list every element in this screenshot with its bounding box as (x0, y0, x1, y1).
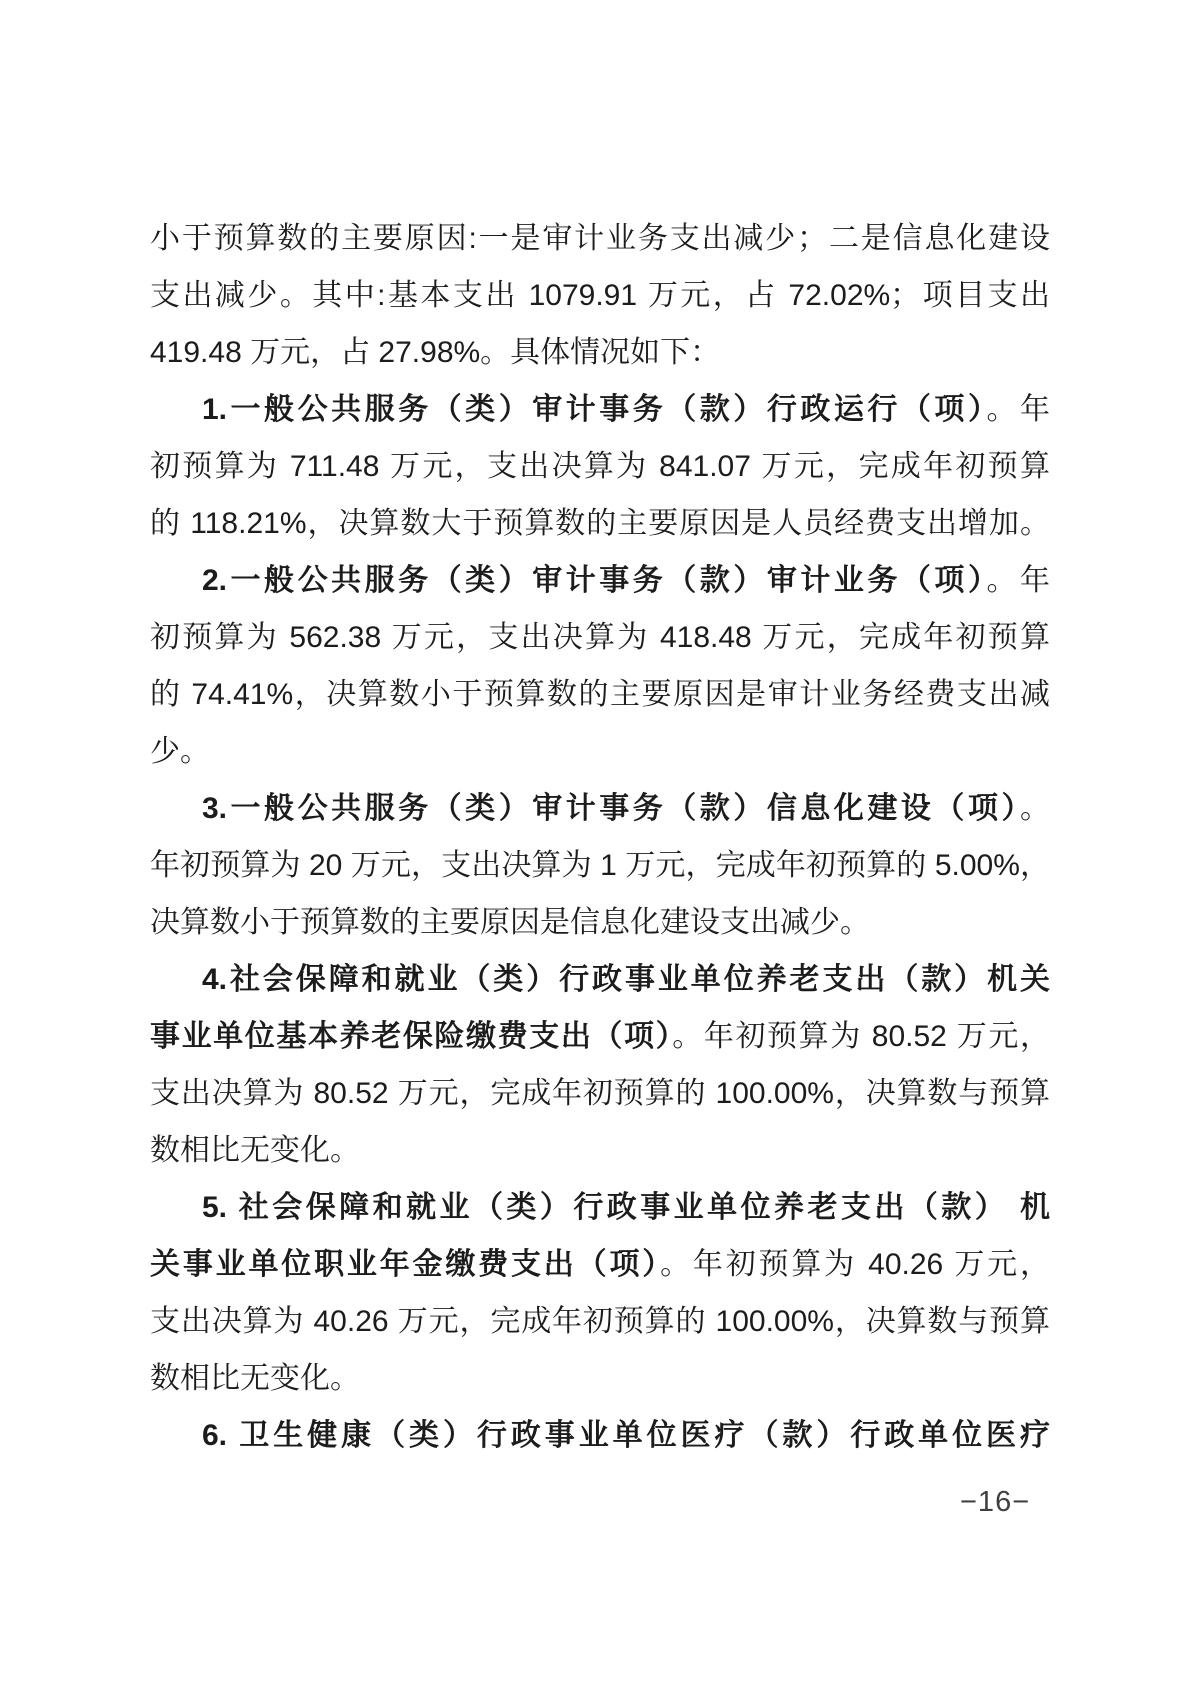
heading-run: 2.一般公共服务（类）审计事务（款）审计业务（项） (202, 564, 986, 597)
body-run: 少。 (150, 735, 210, 768)
heading-run: 1.一般公共服务（类）审计事务（款）行政运行（项） (202, 393, 986, 426)
text-line-item-3: 3.一般公共服务（类）审计事务（款）信息化建设（项）。 (150, 780, 1050, 837)
text-line-item-6: 6. 卫生健康（类）行政事业单位医疗（款）行政单位医疗 (150, 1407, 1050, 1464)
text-line: 决算数小于预算数的主要原因是信息化建设支出减少。 (150, 894, 1050, 951)
text-line: 支出决算为 80.52 万元，完成年初预算的 100.00%，决算数与预算 (150, 1065, 1050, 1122)
body-run: 419.48 万元，占 27.98%。具体情况如下： (150, 336, 720, 369)
heading-run: 3.一般公共服务（类）审计事务（款）信息化建设（项） (202, 792, 1020, 825)
body-run: 决算数小于预算数的主要原因是信息化建设支出减少。 (150, 906, 870, 939)
body-run: 数相比无变化。 (150, 1362, 360, 1395)
document-text-block: 小于预算数的主要原因:一是审计业务支出减少；二是信息化建设 支出减少。其中:基本… (150, 210, 1050, 1464)
text-line-item-4: 4.社会保障和就业（类）行政事业单位养老支出（款）机关 (150, 951, 1050, 1008)
text-line: 年初预算为 20 万元，支出决算为 1 万元，完成年初预算的 5.00%， (150, 837, 1050, 894)
text-line: 支出决算为 40.26 万元，完成年初预算的 100.00%，决算数与预算 (150, 1293, 1050, 1350)
text-line: 数相比无变化。 (150, 1122, 1050, 1179)
text-line: 初预算为 562.38 万元，支出决算为 418.48 万元，完成年初预算 (150, 609, 1050, 666)
body-run: 初预算为 711.48 万元，支出决算为 841.07 万元，完成年初预算 (150, 450, 1050, 483)
text-line: 数相比无变化。 (150, 1350, 1050, 1407)
body-run: 数相比无变化。 (150, 1134, 360, 1167)
body-run: 。年 (986, 393, 1050, 426)
body-run: 初预算为 562.38 万元，支出决算为 418.48 万元，完成年初预算 (150, 621, 1050, 654)
body-run: 支出决算为 40.26 万元，完成年初预算的 100.00%，决算数与预算 (150, 1305, 1050, 1338)
body-run: 的 74.41%，决算数小于预算数的主要原因是审计业务经费支出减 (150, 678, 1050, 711)
document-page: 小于预算数的主要原因:一是审计业务支出减少；二是信息化建设 支出减少。其中:基本… (0, 0, 1190, 1683)
body-run: 小于预算数的主要原因:一是审计业务支出减少；二是信息化建设 (150, 222, 1050, 255)
body-run: 的 118.21%，决算数大于预算数的主要原因是人员经费支出增加。 (150, 507, 1050, 540)
heading-run: 4.社会保障和就业（类）行政事业单位养老支出（款）机关 (202, 963, 1050, 996)
body-run: 年初预算为 20 万元，支出决算为 1 万元，完成年初预算的 5.00%， (150, 849, 1050, 882)
body-run: 支出减少。其中:基本支出 1079.91 万元，占 72.02%；项目支出 (150, 279, 1050, 312)
text-line: 的 74.41%，决算数小于预算数的主要原因是审计业务经费支出减 (150, 666, 1050, 723)
text-line-item-2: 2.一般公共服务（类）审计事务（款）审计业务（项）。年 (150, 552, 1050, 609)
text-line-item-1: 1.一般公共服务（类）审计事务（款）行政运行（项）。年 (150, 381, 1050, 438)
text-line: 支出减少。其中:基本支出 1079.91 万元，占 72.02%；项目支出 (150, 267, 1050, 324)
body-run: 。年初预算为 80.52 万元， (672, 1020, 1050, 1053)
heading-run: 关事业单位职业年金缴费支出（项） (150, 1248, 660, 1281)
body-run: 支出决算为 80.52 万元，完成年初预算的 100.00%，决算数与预算 (150, 1077, 1050, 1110)
text-line: 关事业单位职业年金缴费支出（项）。年初预算为 40.26 万元， (150, 1236, 1050, 1293)
heading-run: 事业单位基本养老保险缴费支出（项） (150, 1020, 672, 1053)
text-line: 少。 (150, 723, 1050, 780)
text-line-item-5: 5. 社会保障和就业（类）行政事业单位养老支出（款） 机 (150, 1179, 1050, 1236)
heading-run: 5. 社会保障和就业（类）行政事业单位养老支出（款） 机 (202, 1191, 1050, 1224)
text-line: 419.48 万元，占 27.98%。具体情况如下： (150, 324, 1050, 381)
body-run: 。 (1020, 792, 1050, 825)
text-line: 初预算为 711.48 万元，支出决算为 841.07 万元，完成年初预算 (150, 438, 1050, 495)
text-line: 事业单位基本养老保险缴费支出（项）。年初预算为 80.52 万元， (150, 1008, 1050, 1065)
text-line: 的 118.21%，决算数大于预算数的主要原因是人员经费支出增加。 (150, 495, 1050, 552)
heading-run: 6. 卫生健康（类）行政事业单位医疗（款）行政单位医疗 (202, 1419, 1050, 1452)
body-run: 。年 (986, 564, 1050, 597)
text-line: 小于预算数的主要原因:一是审计业务支出减少；二是信息化建设 (150, 210, 1050, 267)
body-run: 。年初预算为 40.26 万元， (660, 1248, 1050, 1281)
page-number: −16− (960, 1486, 1030, 1519)
